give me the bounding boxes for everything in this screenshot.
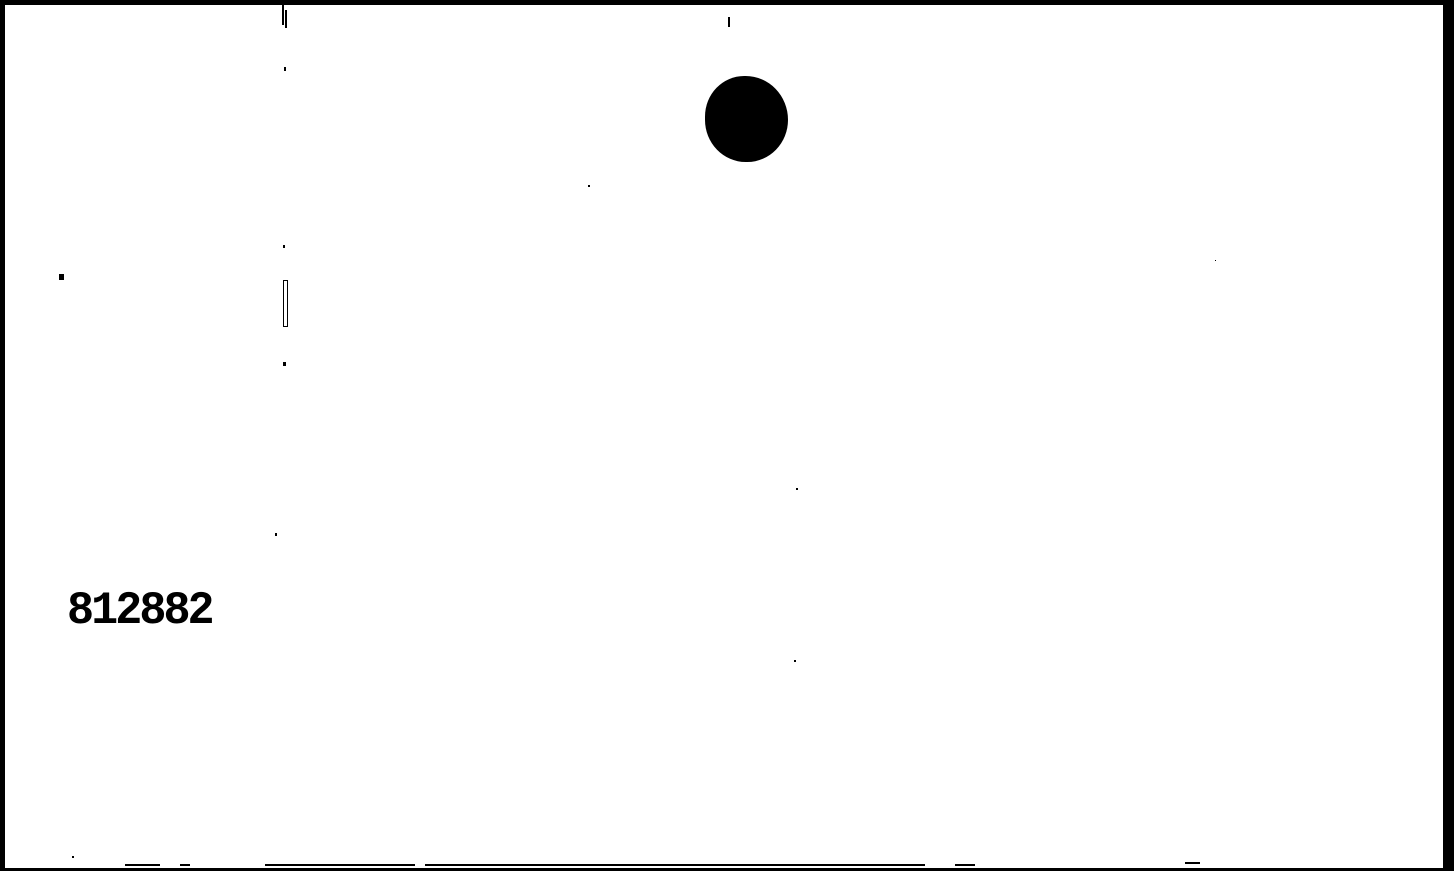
punch-hole <box>705 76 788 162</box>
index-card: 812882 <box>5 5 1443 870</box>
card-number: 812882 <box>67 585 212 637</box>
scan-border-right <box>1444 0 1454 871</box>
